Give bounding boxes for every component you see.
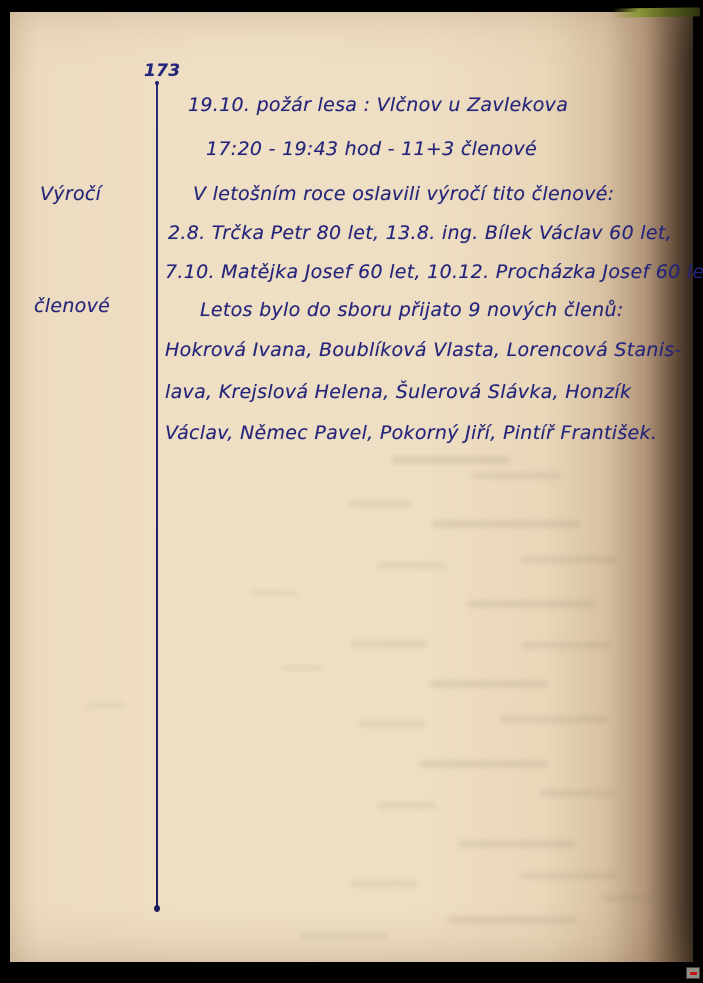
margin-note-vyroci: Výročí [40, 183, 101, 205]
page-number: 173 [144, 61, 180, 81]
scan-corner-artifact [686, 967, 700, 979]
adjacent-page-edge [612, 7, 700, 17]
handwritten-line-anniversaries-intro: V letošním roce oslavili výročí tito čle… [193, 183, 614, 205]
margin-note-clenove: členové [34, 295, 110, 317]
handwritten-line-new-members-intro: Letos bylo do sboru přijato 9 nových čle… [200, 299, 624, 321]
handwritten-line-anniversaries-2: 7.10. Matějka Josef 60 let, 10.12. Proch… [165, 261, 703, 283]
handwritten-line-new-members-3: Václav, Němec Pavel, Pokorný Jiří, Pintí… [165, 422, 657, 444]
handwritten-line-fire-event: 19.10. požár lesa : Vlčnov u Zavlekova [188, 94, 568, 116]
margin-rule-line [156, 84, 158, 908]
handwritten-line-fire-time: 17:20 - 19:43 hod - 11+3 členové [206, 138, 537, 160]
handwritten-line-new-members-1: Hokrová Ivana, Boublíková Vlasta, Lorenc… [165, 339, 682, 361]
scanned-page-frame: 173 Výročí členové 19.10. požár lesa : V… [0, 0, 703, 983]
red-bar-mark [690, 972, 697, 975]
handwritten-line-anniversaries-1: 2.8. Trčka Petr 80 let, 13.8. ing. Bílek… [168, 222, 672, 244]
handwritten-line-new-members-2: lava, Krejslová Helena, Šulerová Slávka,… [165, 381, 631, 403]
